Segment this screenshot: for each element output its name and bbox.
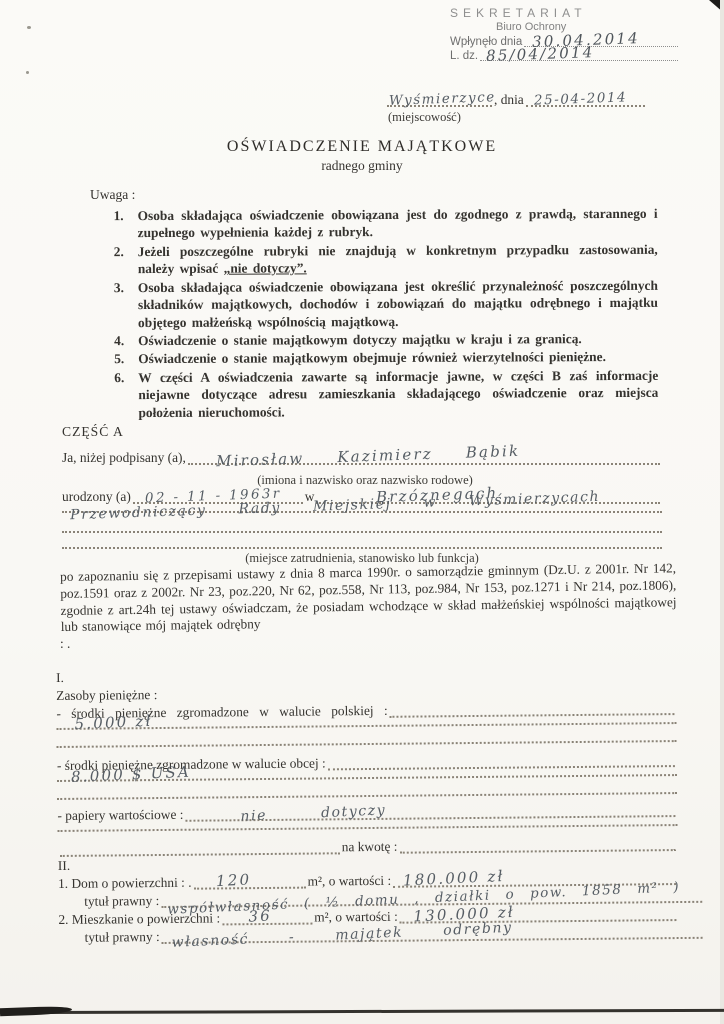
apartment-area-field: 36: [222, 916, 312, 926]
form-subtitle: radnego gminy: [0, 158, 724, 174]
notes-list: Osoba składająca oświadczenie obowiązana…: [112, 205, 659, 422]
note-item-4: Oświadczenie o stanie majątkowym dotyczy…: [112, 330, 658, 350]
house-value-label: m², o wartości :: [307, 873, 391, 890]
note-item-2: Jeżeli poszczególne rubryki nie znajdują…: [112, 241, 658, 278]
legal-paragraph-block: po zapoznaniu się z przepisami ustawy z …: [60, 569, 676, 652]
place-handwritten: Wyśmierzyce: [389, 90, 496, 109]
employment-field: Przewodniczący Rady Miejskiej w Wyśmierz…: [62, 495, 662, 513]
sections-block: I. Zasoby pieniężne : - środki pieniężne…: [56, 664, 679, 970]
apartment-title-label: tytuł prawny :: [84, 929, 159, 946]
apartment-value-label: m², o wartości :: [314, 909, 398, 926]
amount-label: na kwotę :: [342, 839, 398, 856]
apartment-label: 2. Mieszkanie o powierzchni :: [58, 910, 220, 928]
legal-paragraph: po zapoznaniu się z przepisami ustawy z …: [60, 560, 677, 636]
stamp-ref-row: L. dz. 85/04/2014: [450, 48, 680, 62]
note-item-2-text: Jeżeli poszczególne rubryki nie znajdują…: [138, 242, 658, 277]
date-handwritten: 25-04-2014: [534, 90, 628, 108]
scan-speck: [26, 71, 29, 74]
scan-bottom-blob: [0, 1006, 72, 1017]
house-value-handwritten: 180.000 zł: [403, 867, 505, 890]
house-area-handwritten: 120: [215, 871, 251, 891]
stamp-ref-value-handwritten: 85/04/2014: [486, 43, 595, 65]
note-item-1: Osoba składająca oświadczenie obowiązana…: [112, 205, 658, 242]
place-field: Wyśmierzyce: [387, 98, 492, 107]
scanned-declaration-page: SEKRETARIAT Biuro Ochrony Wpłynęło dnia …: [0, 0, 724, 1024]
declarant-name-handwritten: Mirosław Kazimierz Bąbik: [216, 442, 521, 471]
declarant-field: Mirosław Kazimierz Bąbik: [188, 456, 660, 465]
note-item-5: Oświadczenie o stanie majątkowym obejmuj…: [112, 348, 658, 368]
note-item-2-emphasis: „nie dotyczy”.: [224, 261, 307, 276]
house-label: 1. Dom o powierzchni : .: [58, 875, 192, 892]
declarant-label: Ja, niżej podpisany (a),: [62, 450, 186, 466]
place-caption: (miejscowość): [388, 110, 461, 125]
apartment-title-row: tytuł prawny : własność - majątek odrębn…: [58, 924, 704, 946]
stamp-office-title: SEKRETARIAT: [450, 6, 680, 20]
stamp-ref-field: 85/04/2014: [480, 53, 678, 61]
place-date-line: Wyśmierzyce , dnia 25-04-2014: [385, 92, 647, 108]
notes-label: Uwaga :: [90, 187, 135, 203]
note-item-6: W części A oświadczenia zawarte są infor…: [112, 367, 658, 422]
date-field: 25-04-2014: [526, 98, 645, 107]
form-title: OŚWIADCZENIE MAJĄTKOWE: [0, 138, 724, 156]
apartment-title-field: własność - majątek odrębny: [162, 930, 703, 944]
stamp-ref-label: L. dz.: [450, 50, 478, 62]
reception-stamp: SEKRETARIAT Biuro Ochrony Wpłynęło dnia …: [450, 6, 680, 62]
paragraph-colon: : .: [60, 636, 676, 652]
blank-dotted-line: [62, 531, 662, 549]
scan-bottom-edge: [0, 1009, 724, 1014]
declarant-line: Ja, niżej podpisany (a), Mirosław Kazimi…: [62, 450, 662, 466]
scan-speck: [27, 26, 31, 29]
note-item-3: Osoba składająca oświadczenie obowiązana…: [112, 276, 658, 331]
house-area-field: 120: [194, 880, 306, 890]
dnia-label: , dnia: [494, 92, 524, 108]
apartment-area-handwritten: 36: [248, 907, 272, 926]
part-a-heading: CZĘŚĆ A: [62, 424, 124, 440]
house-title-label: tytuł prawny :: [84, 893, 159, 910]
